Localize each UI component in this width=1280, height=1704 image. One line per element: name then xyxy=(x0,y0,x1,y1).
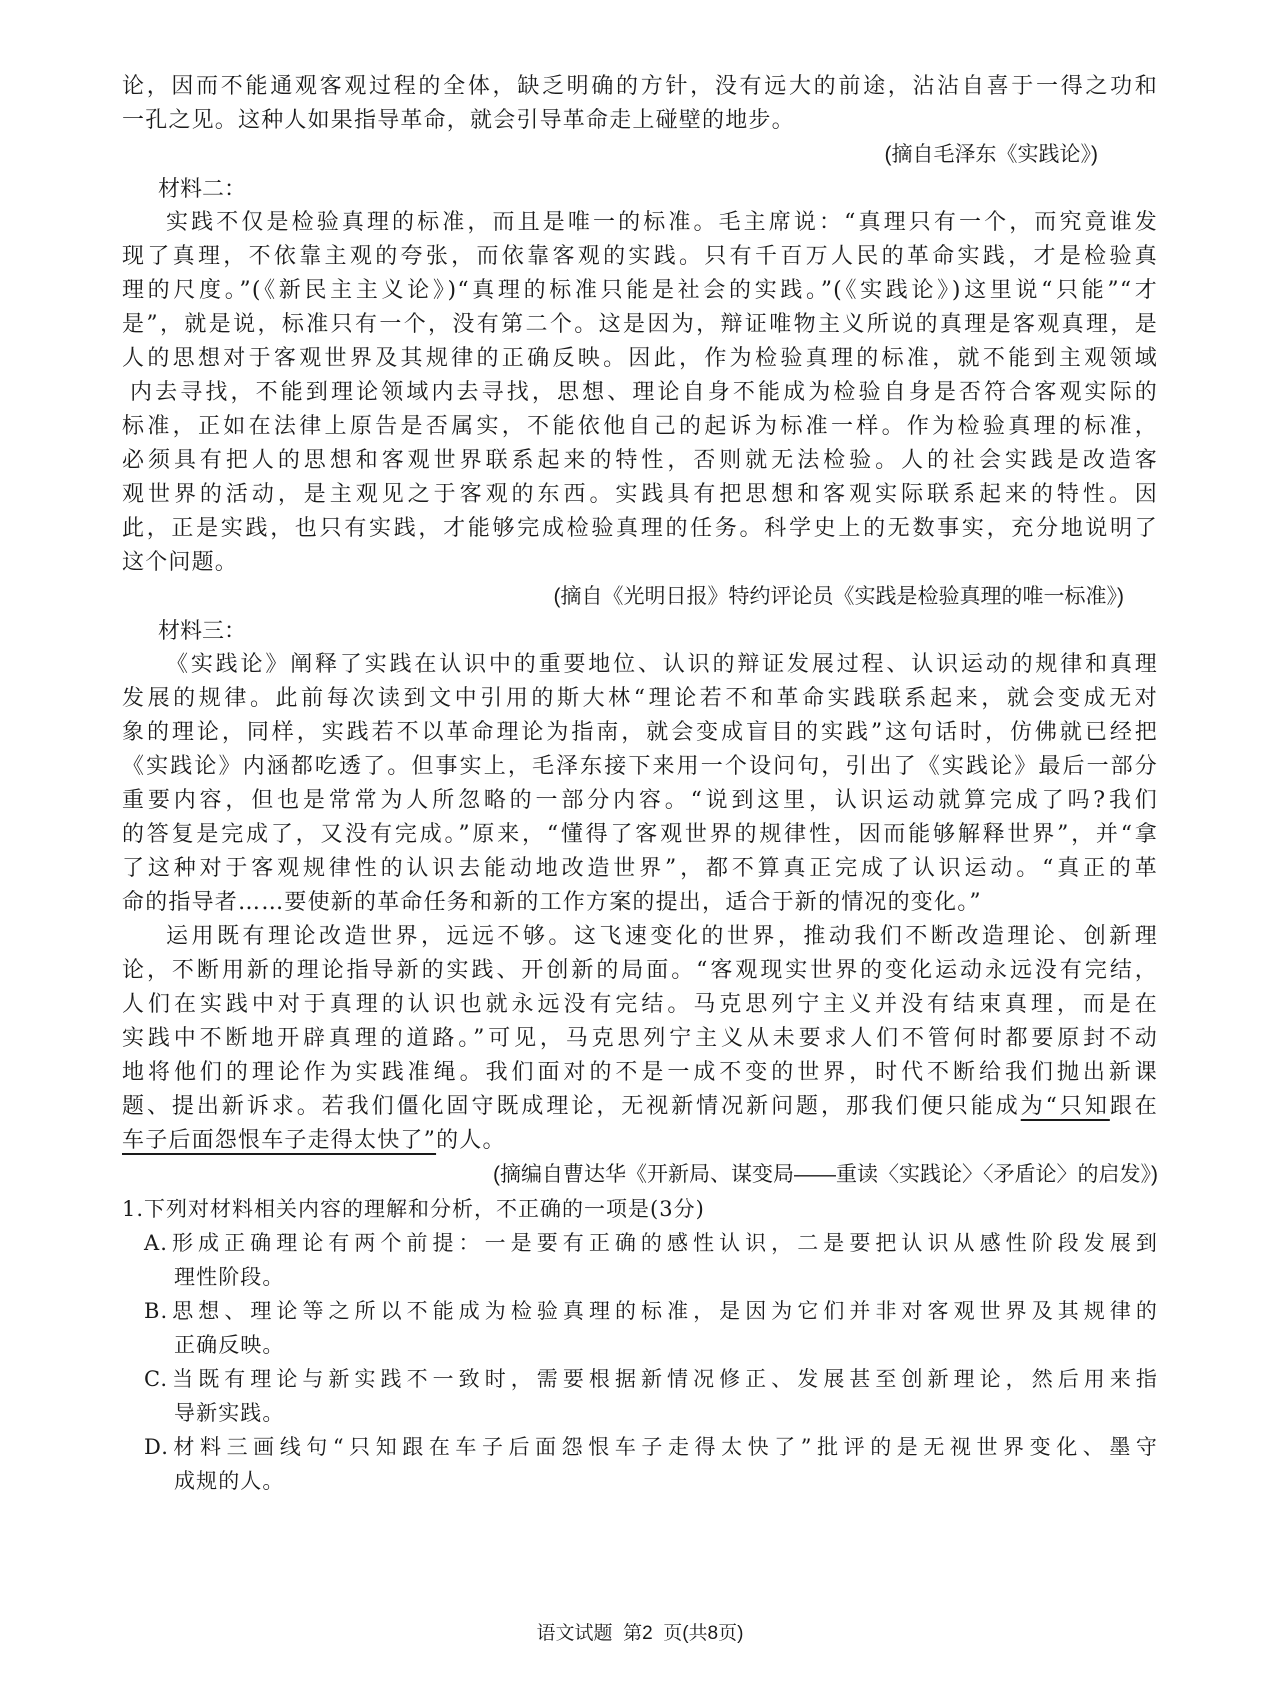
text-span: 的人。 xyxy=(436,1128,506,1153)
paragraph-line: 运用既有理论改造世界，远远不够。这飞速变化的世界，推动我们不断改造理论、创新理 xyxy=(122,920,1158,954)
paragraph-line: 的答复是完成了，又没有完成。”原来，“懂得了客观世界的规律性，因而能够解释世界”… xyxy=(122,818,1158,852)
paragraph-line: 发展的规律。此前每次读到文中引用的斯大林“理论若不和革命实践联系起来，就会变成无… xyxy=(122,682,1158,716)
paragraph-line: 论，不断用新的理论指导新的实践、开创新的局面。“客观现实世界的变化运动永远没有完… xyxy=(122,954,1158,988)
source-citation: (摘自《光明日报》特约评论员《实践是检验真理的唯一标准》) xyxy=(122,580,1158,614)
question-1: 1.下列对材料相关内容的理解和分析，不正确的一项是(3分) A.形成正确理论有两… xyxy=(122,1192,1158,1498)
option-a-continued: 理性阶段。 xyxy=(122,1260,1158,1294)
section-heading: 材料三： xyxy=(122,614,1158,648)
paragraph-line: 理的尺度。”(《新民主主义论》)“真理的标准只能是社会的实践。”(《实践论》)这… xyxy=(122,274,1158,308)
question-stem: 1.下列对材料相关内容的理解和分析，不正确的一项是(3分) xyxy=(122,1192,1158,1226)
source-citation: (摘自毛泽东《实践论》) xyxy=(122,138,1158,172)
option-d-continued: 成规的人。 xyxy=(122,1464,1158,1498)
paragraph-line: 是”，就是说，标准只有一个，没有第二个。这是因为，辩证唯物主义所说的真理是客观真… xyxy=(122,308,1158,342)
paragraph-line: 车子后面怨恨车子走得太快了”的人。 xyxy=(122,1124,1158,1158)
underlined-sentence-part: 车子后面怨恨车子走得太快了” xyxy=(122,1128,436,1153)
paragraph-line: 重要内容，但也是常常为人所忽略的一部分内容。“说到这里，认识运动就算完成了吗?我… xyxy=(122,784,1158,818)
paragraph-line: 命的指导者……要使新的革命任务和新的工作方案的提出，适合于新的情况的变化。” xyxy=(122,886,1158,920)
source-citation: (摘编自曹达华《开新局、谋变局——重读〈实践论〉〈矛盾论〉的启发》) xyxy=(122,1158,1158,1192)
option-b: B.思想、理论等之所以不能成为检验真理的标准，是因为它们并非对客观世界及其规律的 xyxy=(122,1294,1158,1328)
paragraph-line: 必须具有把人的思想和客观世界联系起来的特性，否则就无法检验。人的社会实践是改造客 xyxy=(122,444,1158,478)
material-2: 材料二： 实践不仅是检验真理的标准，而且是唯一的标准。毛主席说：“真理只有一个，… xyxy=(122,172,1158,614)
paragraph-line: 论，因而不能通观客观过程的全体，缺乏明确的方针，没有远大的前途，沾沾自喜于一得之… xyxy=(122,70,1158,104)
paragraph-line: 实践中不断地开辟真理的道路。”可见，马克思列宁主义从未要求人们不管何时都要原封不… xyxy=(122,1022,1158,1056)
paragraph-line: 地将他们的理论作为实践准绳。我们面对的不是一成不变的世界，时代不断给我们抛出新课 xyxy=(122,1056,1158,1090)
option-b-continued: 正确反映。 xyxy=(122,1328,1158,1362)
paragraph-line: 此，正是实践，也只有实践，才能够完成检验真理的任务。科学史上的无数事实，充分地说… xyxy=(122,512,1158,546)
option-d: D.材料三画线句“只知跟在车子后面怨恨车子走得太快了”批评的是无视世界变化、墨守 xyxy=(122,1430,1158,1464)
paragraph-line: 标准，正如在法律上原告是否属实，不能依他自己的起诉为标准一样。作为检验真理的标准… xyxy=(122,410,1158,444)
paragraph-line: 一孔之见。这种人如果指导革命，就会引导革命走上碰壁的地步。 xyxy=(122,104,1158,138)
page-footer: 语文试题 第2 页(共8页) xyxy=(0,1618,1280,1645)
paragraph-line: 观世界的活动，是主观见之于客观的东西。实践具有把思想和客观实际联系起来的特性。因 xyxy=(122,478,1158,512)
exam-page: 论，因而不能通观客观过程的全体，缺乏明确的方针，没有远大的前途，沾沾自喜于一得之… xyxy=(122,70,1158,1498)
text-span: 题、提出新诉求。若我们僵化固守既成理论，无视新情况新问题，那我们便只能成 xyxy=(122,1094,1021,1119)
paragraph-line: 人的思想对于客观世界及其规律的正确反映。因此，作为检验真理的标准，就不能到主观领… xyxy=(122,342,1158,376)
text-span: 跟在 xyxy=(1110,1094,1158,1119)
paragraph-line: 《实践论》阐释了实践在认识中的重要地位、认识的辩证发展过程、认识运动的规律和真理 xyxy=(122,648,1158,682)
paragraph-line: 了这种对于客观规律性的认识去能动地改造世界”，都不算真正完成了认识运动。“真正的… xyxy=(122,852,1158,886)
section-heading: 材料二： xyxy=(122,172,1158,206)
option-a: A.形成正确理论有两个前提：一是要有正确的感性认识，二是要把认识从感性阶段发展到 xyxy=(122,1226,1158,1260)
paragraph-line: 题、提出新诉求。若我们僵化固守既成理论，无视新情况新问题，那我们便只能成为“只知… xyxy=(122,1090,1158,1124)
option-c: C.当既有理论与新实践不一致时，需要根据新情况修正、发展甚至创新理论，然后用来指 xyxy=(122,1362,1158,1396)
paragraph-line: 人们在实践中对于真理的认识也就永远没有完结。马克思列宁主义并没有结束真理，而是在 xyxy=(122,988,1158,1022)
material-3: 材料三： 《实践论》阐释了实践在认识中的重要地位、认识的辩证发展过程、认识运动的… xyxy=(122,614,1158,1192)
paragraph-line: 《实践论》内涵都吃透了。但事实上，毛泽东接下来用一个设问句，引出了《实践论》最后… xyxy=(122,750,1158,784)
paragraph-line: 现了真理，不依靠主观的夸张，而依靠客观的实践。只有千百万人民的革命实践，才是检验… xyxy=(122,240,1158,274)
paragraph-line: 实践不仅是检验真理的标准，而且是唯一的标准。毛主席说：“真理只有一个，而究竟谁发 xyxy=(122,206,1158,240)
paragraph-line: 象的理论，同样，实践若不以革命理论为指南，就会变成盲目的实践”这句话时，仿佛就已… xyxy=(122,716,1158,750)
paragraph-line: 内去寻找，不能到理论领域内去寻找，思想、理论自身不能成为检验自身是否符合客观实际… xyxy=(122,376,1158,410)
underlined-sentence-part: 为“只知 xyxy=(1021,1094,1110,1119)
material-1-tail: 论，因而不能通观客观过程的全体，缺乏明确的方针，没有远大的前途，沾沾自喜于一得之… xyxy=(122,70,1158,172)
paragraph-line: 这个问题。 xyxy=(122,546,1158,580)
option-c-continued: 导新实践。 xyxy=(122,1396,1158,1430)
